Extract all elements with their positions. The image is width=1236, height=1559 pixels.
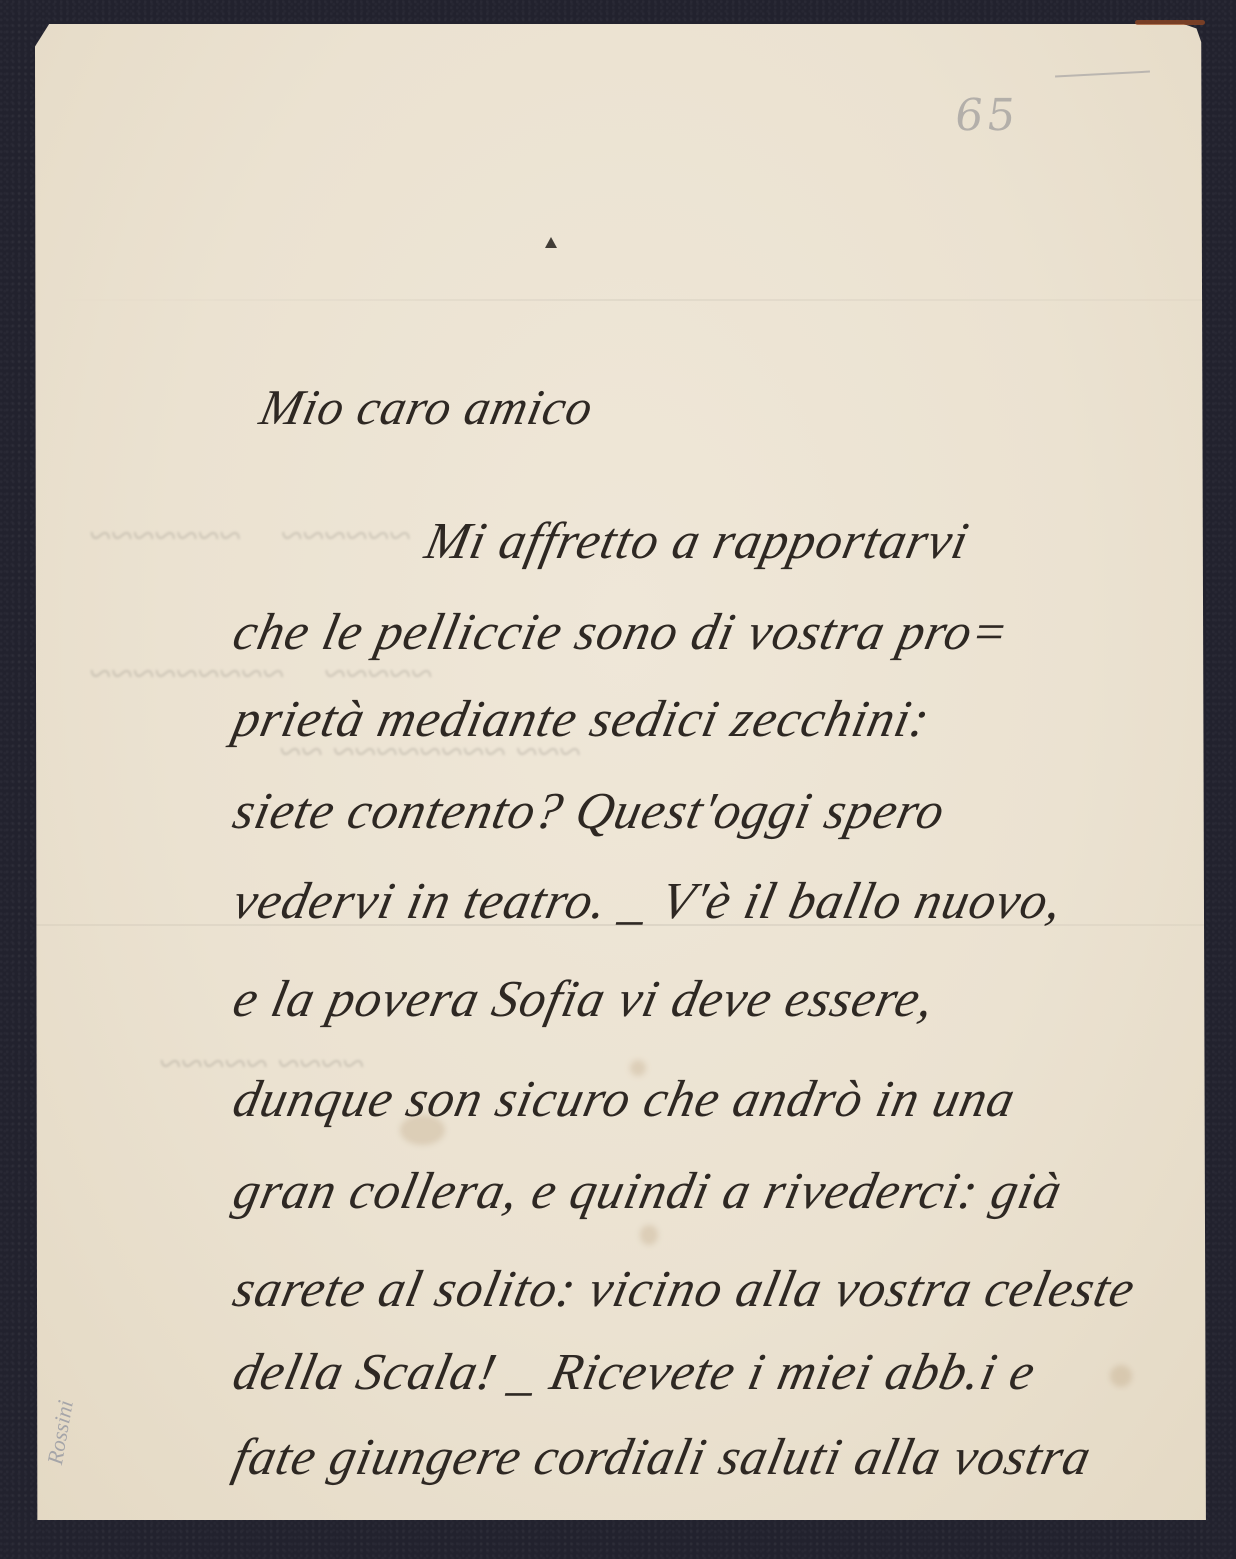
body-line-3: prietà mediante sedici zecchini: — [228, 690, 935, 749]
stain — [640, 1225, 658, 1245]
salutation: Mio caro amico — [255, 378, 599, 436]
body-line-9: sarete al solito: vicino alla vostra cel… — [228, 1260, 1140, 1319]
folio-number: 65 — [951, 90, 1022, 141]
body-line-7: dunque son sicuro che andrò in una — [228, 1070, 1021, 1129]
body-line-6: e la povera Sofia vi deve essere, — [228, 970, 940, 1029]
stain — [1110, 1365, 1132, 1387]
bleed-through-text: ~~~~~~ ~~~~~~~ — [90, 512, 411, 559]
body-line-10: della Scala! _ Ricevete i miei abb.i e — [228, 1343, 1041, 1402]
body-line-4: siete contento? Quest'oggi spero — [228, 782, 950, 841]
body-line-8: gran collera, e quindi a rivederci: già — [228, 1162, 1068, 1221]
body-line-11: fate giungere cordiali saluti alla vostr… — [228, 1428, 1097, 1487]
body-line-5: vedervi in teatro. _ V'è il ballo nuovo, — [228, 872, 1068, 931]
ink-mark — [545, 237, 557, 248]
body-line-2: che le pelliccie sono di vostra pro= — [228, 603, 1014, 662]
edge-stain — [1135, 20, 1205, 25]
body-line-1: Mi affretto a rapportarvi — [420, 512, 974, 571]
